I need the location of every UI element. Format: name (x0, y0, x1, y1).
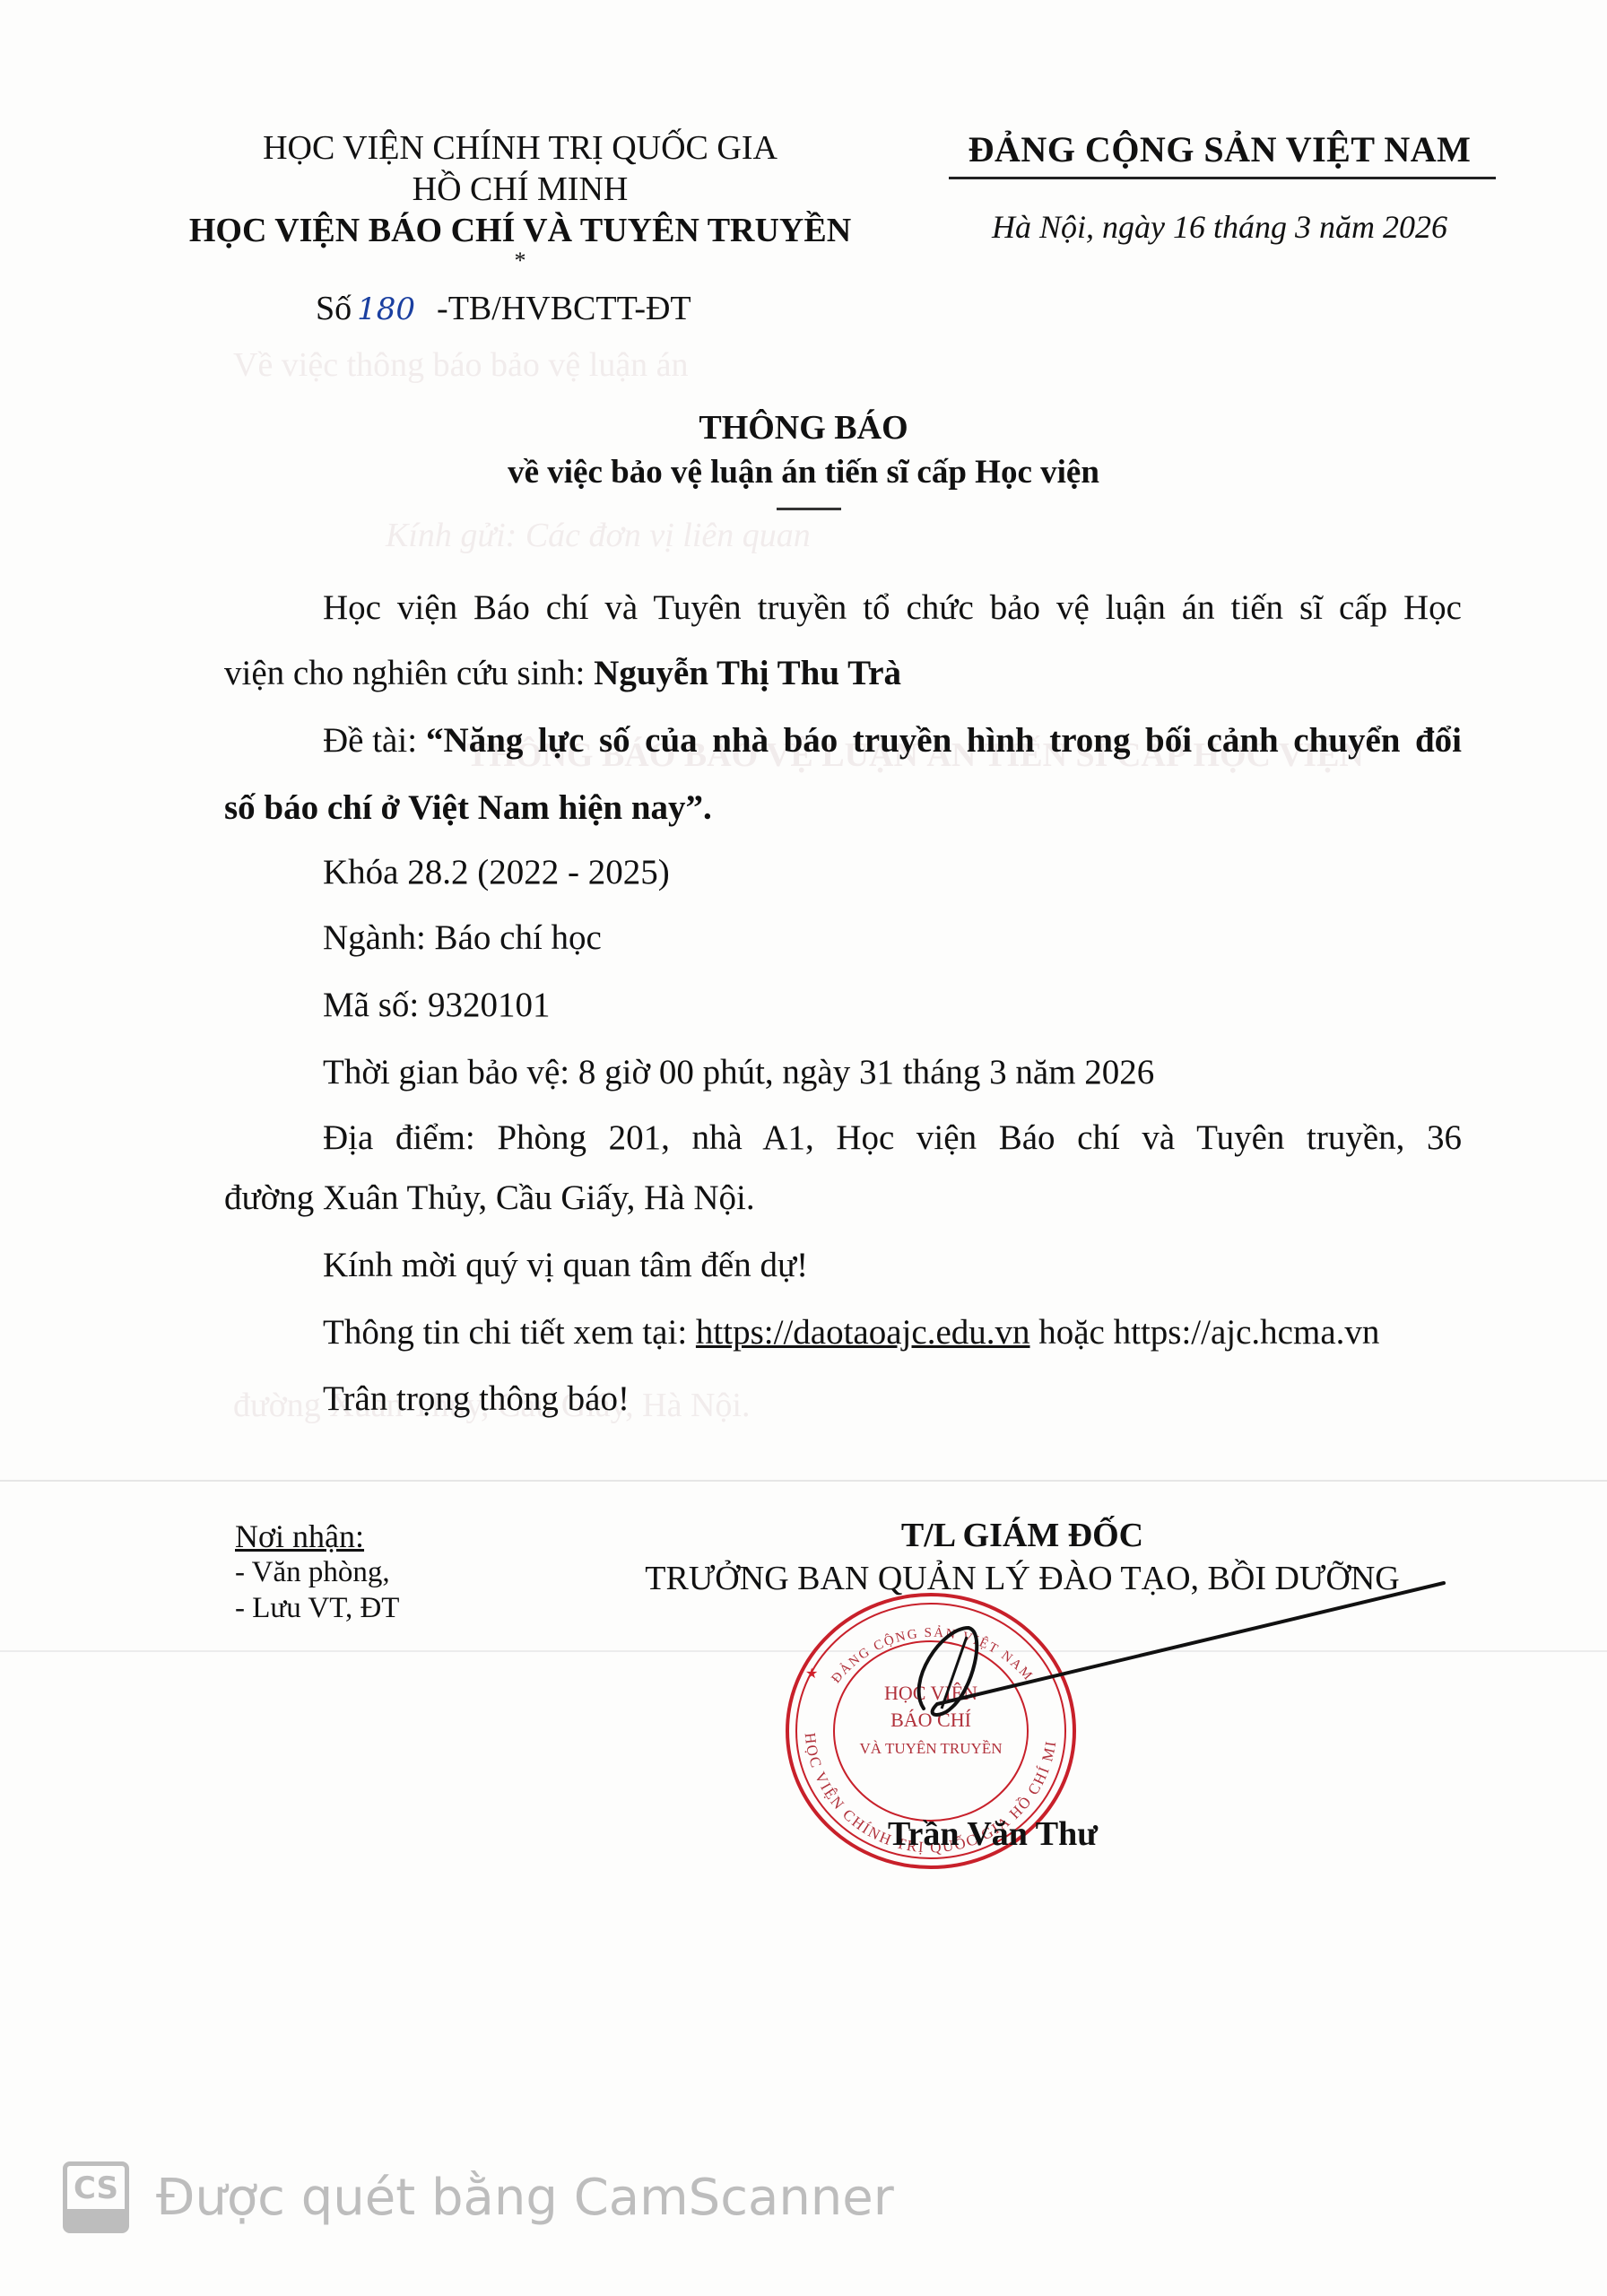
doc-number-suffix: -TB/HVBCTT-ĐT (437, 290, 691, 327)
parent-agency-line1: HỌC VIỆN CHÍNH TRỊ QUỐC GIA (126, 127, 915, 169)
signatory-name: Trần Văn Thư (888, 1814, 1098, 1854)
show-through-text: Kính gửi: Các đơn vị liên quan (386, 516, 811, 555)
parent-agency-line2: HỒ CHÍ MINH (126, 169, 915, 210)
recipients-label: Nơi nhận: (235, 1518, 399, 1554)
signatory-authority: T/L GIÁM ĐỐC (574, 1516, 1471, 1555)
course: Khóa 28.2 (2022 - 2025) (323, 852, 670, 892)
scan-fold-line (0, 1480, 1607, 1482)
intro-line-2-text: viện cho nghiên cứu sinh: (224, 654, 594, 692)
recipients-block: Nơi nhận: - Văn phòng, - Lưu VT, ĐT (235, 1518, 399, 1626)
show-through-text: Về việc thông báo bảo vệ luận án (233, 345, 689, 385)
major-code: Mã số: 9320101 (323, 985, 551, 1025)
place-date: Hà Nội, ngày 16 tháng 3 năm 2026 (933, 208, 1507, 246)
party-header: ĐẢNG CỘNG SẢN VIỆT NAM (933, 128, 1507, 170)
topic-label: Đề tài: (323, 720, 417, 761)
info-prefix: Thông tin chi tiết xem tại: (323, 1313, 696, 1352)
star-separator: * (126, 251, 915, 271)
camscanner-text: Được quét bằng CamScanner (156, 2169, 894, 2227)
major: Ngành: Báo chí học (323, 918, 602, 958)
link-ajc-hcma[interactable]: https://ajc.hcma.vn (1114, 1313, 1380, 1352)
doc-number-prefix: Số (316, 290, 352, 327)
topic-title-part2: số báo chí ở Việt Nam hiện nay”. (224, 787, 712, 828)
camscanner-watermark: CS Được quét bằng CamScanner (63, 2161, 894, 2233)
recipient-item: - Lưu VT, ĐT (235, 1590, 399, 1626)
title-separator (777, 508, 841, 510)
topic-title-part1: “Năng lực số của nhà báo truyền hình tro… (426, 720, 1462, 761)
agency-header: HỌC VIỆN CHÍNH TRỊ QUỐC GIA HỒ CHÍ MINH … (126, 127, 915, 271)
doc-number-handwritten: 180 (357, 291, 415, 327)
document-number: Số180-TB/HVBCTT-ĐT (316, 289, 691, 328)
closing: Trân trọng thông báo! (323, 1378, 630, 1419)
invitation: Kính mời quý vị quan tâm đến dự! (323, 1245, 808, 1285)
intro-line-2: viện cho nghiên cứu sinh: Nguyễn Thị Thu… (224, 653, 901, 693)
issuing-agency: HỌC VIỆN BÁO CHÍ VÀ TUYÊN TRUYỀN (126, 210, 915, 251)
defense-time: Thời gian bảo vệ: 8 giờ 00 phút, ngày 31… (323, 1052, 1154, 1092)
handwritten-signature-icon (888, 1574, 1462, 1753)
venue-line-2: đường Xuân Thủy, Cầu Giấy, Hà Nội. (224, 1178, 755, 1218)
document-title: THÔNG BÁO (0, 408, 1607, 448)
document-subtitle: về việc bảo vệ luận án tiến sĩ cấp Học v… (0, 453, 1607, 491)
venue-line-1: Địa điểm: Phòng 201, nhà A1, Học viện Bá… (323, 1118, 1462, 1158)
topic-line-1: Đề tài: “Năng lực số của nhà báo truyền … (323, 720, 1462, 761)
recipient-item: - Văn phòng, (235, 1554, 399, 1590)
info-line: Thông tin chi tiết xem tại: https://daot… (323, 1312, 1379, 1352)
intro-line-1: Học viện Báo chí và Tuyên truyền tổ chức… (323, 587, 1462, 628)
info-or: hoặc (1030, 1313, 1114, 1352)
candidate-name: Nguyễn Thị Thu Trà (594, 654, 901, 692)
party-header-underline (949, 177, 1496, 179)
camscanner-logo-icon: CS (63, 2161, 129, 2233)
link-daotaoajc[interactable]: https://daotaoajc.edu.vn (696, 1313, 1030, 1352)
svg-text:★: ★ (805, 1666, 818, 1682)
